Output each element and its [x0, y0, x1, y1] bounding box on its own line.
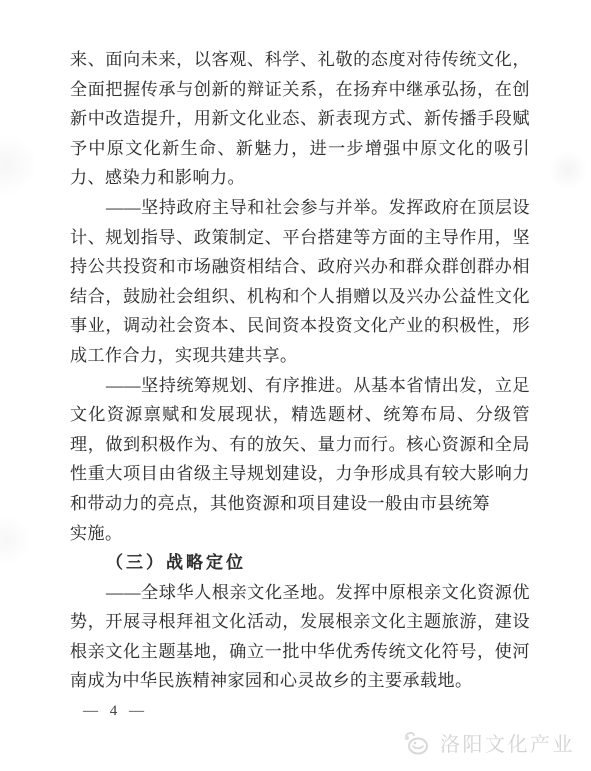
watermark-label: 洛阳文化产业: [440, 728, 575, 757]
text-line: 实施。: [70, 519, 530, 549]
text-line: 成工作合力，实现共建共享。: [70, 341, 530, 371]
text-line: 和带动力的亮点，其他资源和项目建设一般由市县统筹: [70, 489, 530, 519]
mascot-logo-icon: [400, 730, 434, 756]
text-line: 来、面向未来，以客观、科学、礼敬的态度对待传统文化，: [70, 45, 530, 75]
text-line: ——全球华人根亲文化圣地。发挥中原根亲文化资源优: [70, 578, 530, 608]
scanned-document-page: 来、面向未来，以客观、科学、礼敬的态度对待传统文化， 全面把握传承与创新的辩证关…: [0, 0, 591, 771]
text-line: 持公共投资和市场融资相结合、政府兴办和群众群创群办相: [70, 252, 530, 282]
text-line: ——坚持政府主导和社会参与并举。发挥政府在顶层设: [70, 193, 530, 223]
text-line: 事业，调动社会资本、民间资本投资文化产业的积极性，形: [70, 311, 530, 341]
text-line: 文化资源禀赋和发展现状，精选题材、统筹布局、分级管: [70, 400, 530, 430]
page-number: — 4 —: [83, 697, 530, 727]
text-line: 计、规划指导、政策制定、平台搭建等方面的主导作用，坚: [70, 223, 530, 253]
heading-line: （三）战略定位: [70, 548, 530, 578]
paragraph: 来、面向未来，以客观、科学、礼敬的态度对待传统文化， 全面把握传承与创新的辩证关…: [70, 45, 530, 193]
text-line: 根亲文化主题基地，确立一批中华优秀传统文化符号，使河: [70, 637, 530, 667]
paragraph: ——全球华人根亲文化圣地。发挥中原根亲文化资源优 势，开展寻根拜祖文化活动，发展…: [70, 578, 530, 696]
text-line: 结合，鼓励社会组织、机构和个人捐赠以及兴办公益性文化: [70, 282, 530, 312]
paragraph: ——坚持统筹规划、有序推进。从基本省情出发，立足 文化资源禀赋和发展现状，精选题…: [70, 371, 530, 549]
text-line: 力、感染力和影响力。: [70, 163, 530, 193]
paragraph: ——坚持政府主导和社会参与并举。发挥政府在顶层设 计、规划指导、政策制定、平台搭…: [70, 193, 530, 371]
section-heading: （三）战略定位: [70, 548, 530, 578]
watermark: 洛阳文化产业: [400, 728, 575, 757]
text-line: 理，做到积极作为、有的放矢、量力而行。核心资源和全局: [70, 430, 530, 460]
text-line: 新中改造提升，用新文化业态、新表现方式、新传播手段赋: [70, 104, 530, 134]
text-line: 予中原文化新生命、新魅力，进一步增强中原文化的吸引: [70, 134, 530, 164]
text-line: 全面把握传承与创新的辩证关系，在扬弃中继承弘扬，在创: [70, 75, 530, 105]
document-body: 来、面向未来，以客观、科学、礼敬的态度对待传统文化， 全面把握传承与创新的辩证关…: [70, 45, 530, 727]
text-line: 南成为中华民族精神家园和心灵故乡的主要承载地。: [70, 666, 530, 696]
text-line: ——坚持统筹规划、有序推进。从基本省情出发，立足: [70, 371, 530, 401]
text-line: 势，开展寻根拜祖文化活动，发展根亲文化主题旅游，建设: [70, 607, 530, 637]
text-line: 性重大项目由省级主导规划建设，力争形成具有较大影响力: [70, 459, 530, 489]
